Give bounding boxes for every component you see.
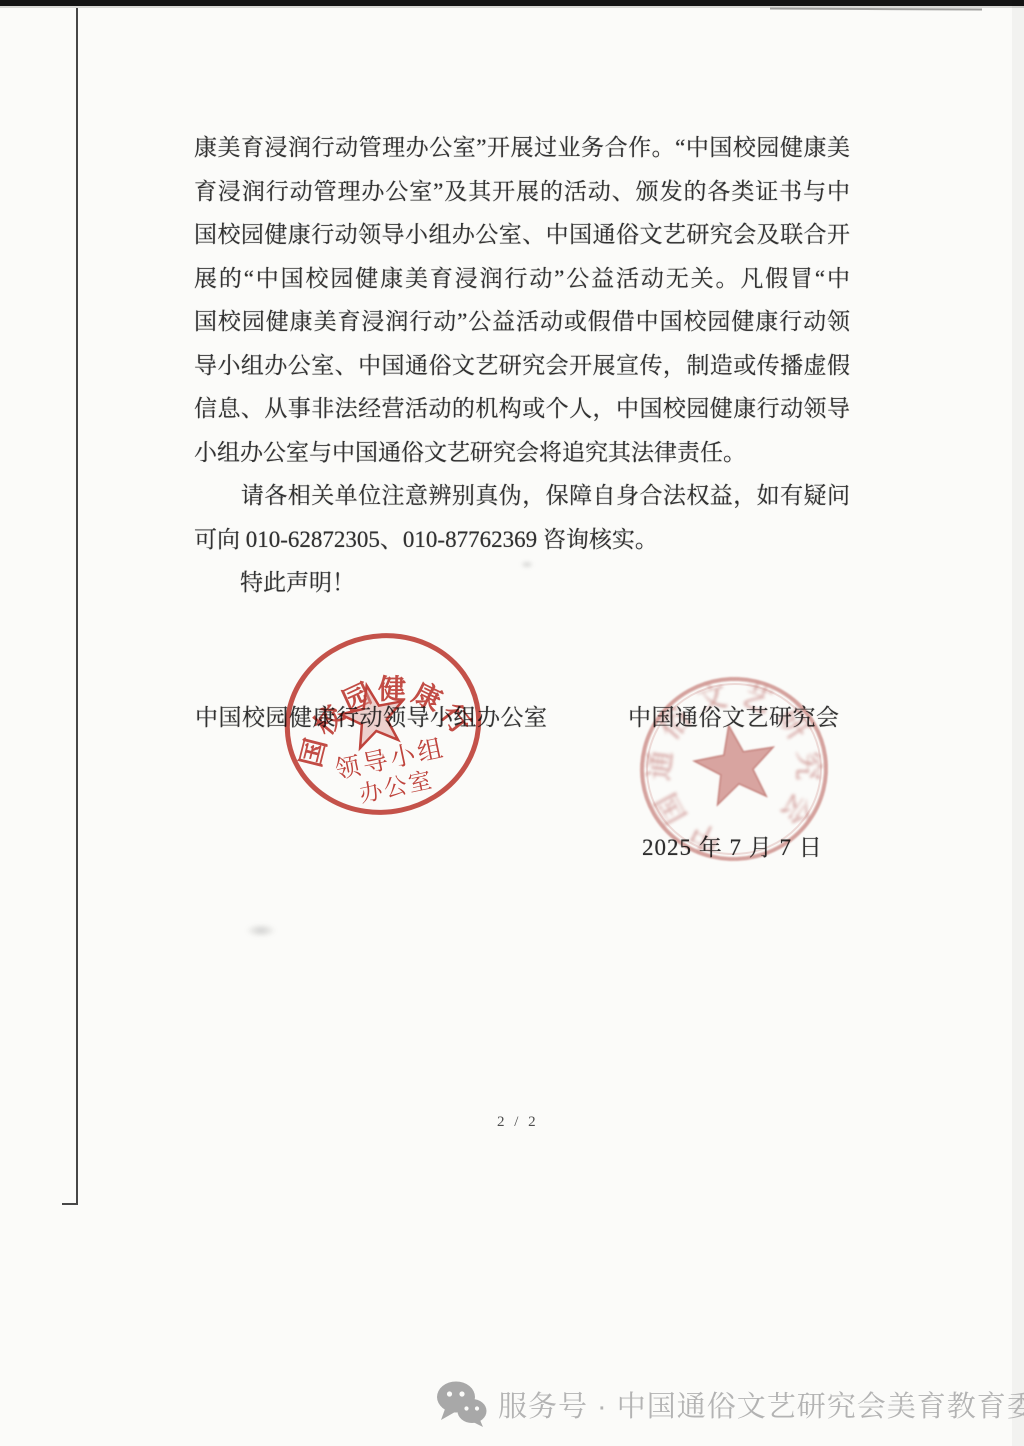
star-icon <box>689 719 781 808</box>
stamp-left-seal: 中国校园健康行动 领导小组 办公室 <box>262 612 504 836</box>
scan-vertical-line <box>76 8 78 1205</box>
body-line: 导小组办公室、中国通俗文艺研究会开展宣传，制造或传播虚假 <box>194 344 850 388</box>
scan-smudge <box>246 924 276 937</box>
stamp-right-seal: 中国通俗文艺研究会 <box>621 656 847 882</box>
body-line: 展的“中国校园健康美育浸润行动”公益活动无关。凡假冒“中 <box>194 257 850 301</box>
body-line: 国校园健康美育浸润行动”公益活动或假借中国校园健康行动领 <box>194 300 850 344</box>
body-line: 请各相关单位注意辨别真伪，保障自身合法权益，如有疑问 <box>194 474 850 518</box>
document-body: 康美育浸润行动管理办公室”开展过业务合作。“中国校园健康美 育浸润行动管理办公室… <box>194 126 850 605</box>
scan-vertical-line-foot <box>62 1203 78 1205</box>
scanned-document-page: 康美育浸润行动管理办公室”开展过业务合作。“中国校园健康美 育浸润行动管理办公室… <box>0 0 1024 1446</box>
page-number: 2 / 2 <box>497 1114 539 1131</box>
wechat-icon <box>436 1381 488 1427</box>
body-line: 康美育浸润行动管理办公室”开展过业务合作。“中国校园健康美 <box>194 126 850 170</box>
body-line: 信息、从事非法经营活动的机构或个人，中国校园健康行动领导 <box>194 387 850 431</box>
body-line: 育浸润行动管理办公室”及其开展的活动、颁发的各类证书与中 <box>194 170 850 214</box>
footer-text: 服务号 · 中国通俗文艺研究会美育教育委 <box>498 1384 1024 1425</box>
body-line: 可向 010-62872305、010-87762369 咨询核实。 <box>194 518 850 562</box>
scan-right-edge-shadow <box>1012 0 1024 1446</box>
body-line: 国校园健康行动领导小组办公室、中国通俗文艺研究会及联合开 <box>194 213 850 257</box>
scan-top-right-line <box>770 7 982 10</box>
body-line: 小组办公室与中国通俗文艺研究会将追究其法律责任。 <box>194 431 850 475</box>
footer: 服务号 · 中国通俗文艺研究会美育教育委 <box>436 1381 1024 1427</box>
body-line: 特此声明！ <box>194 561 850 605</box>
